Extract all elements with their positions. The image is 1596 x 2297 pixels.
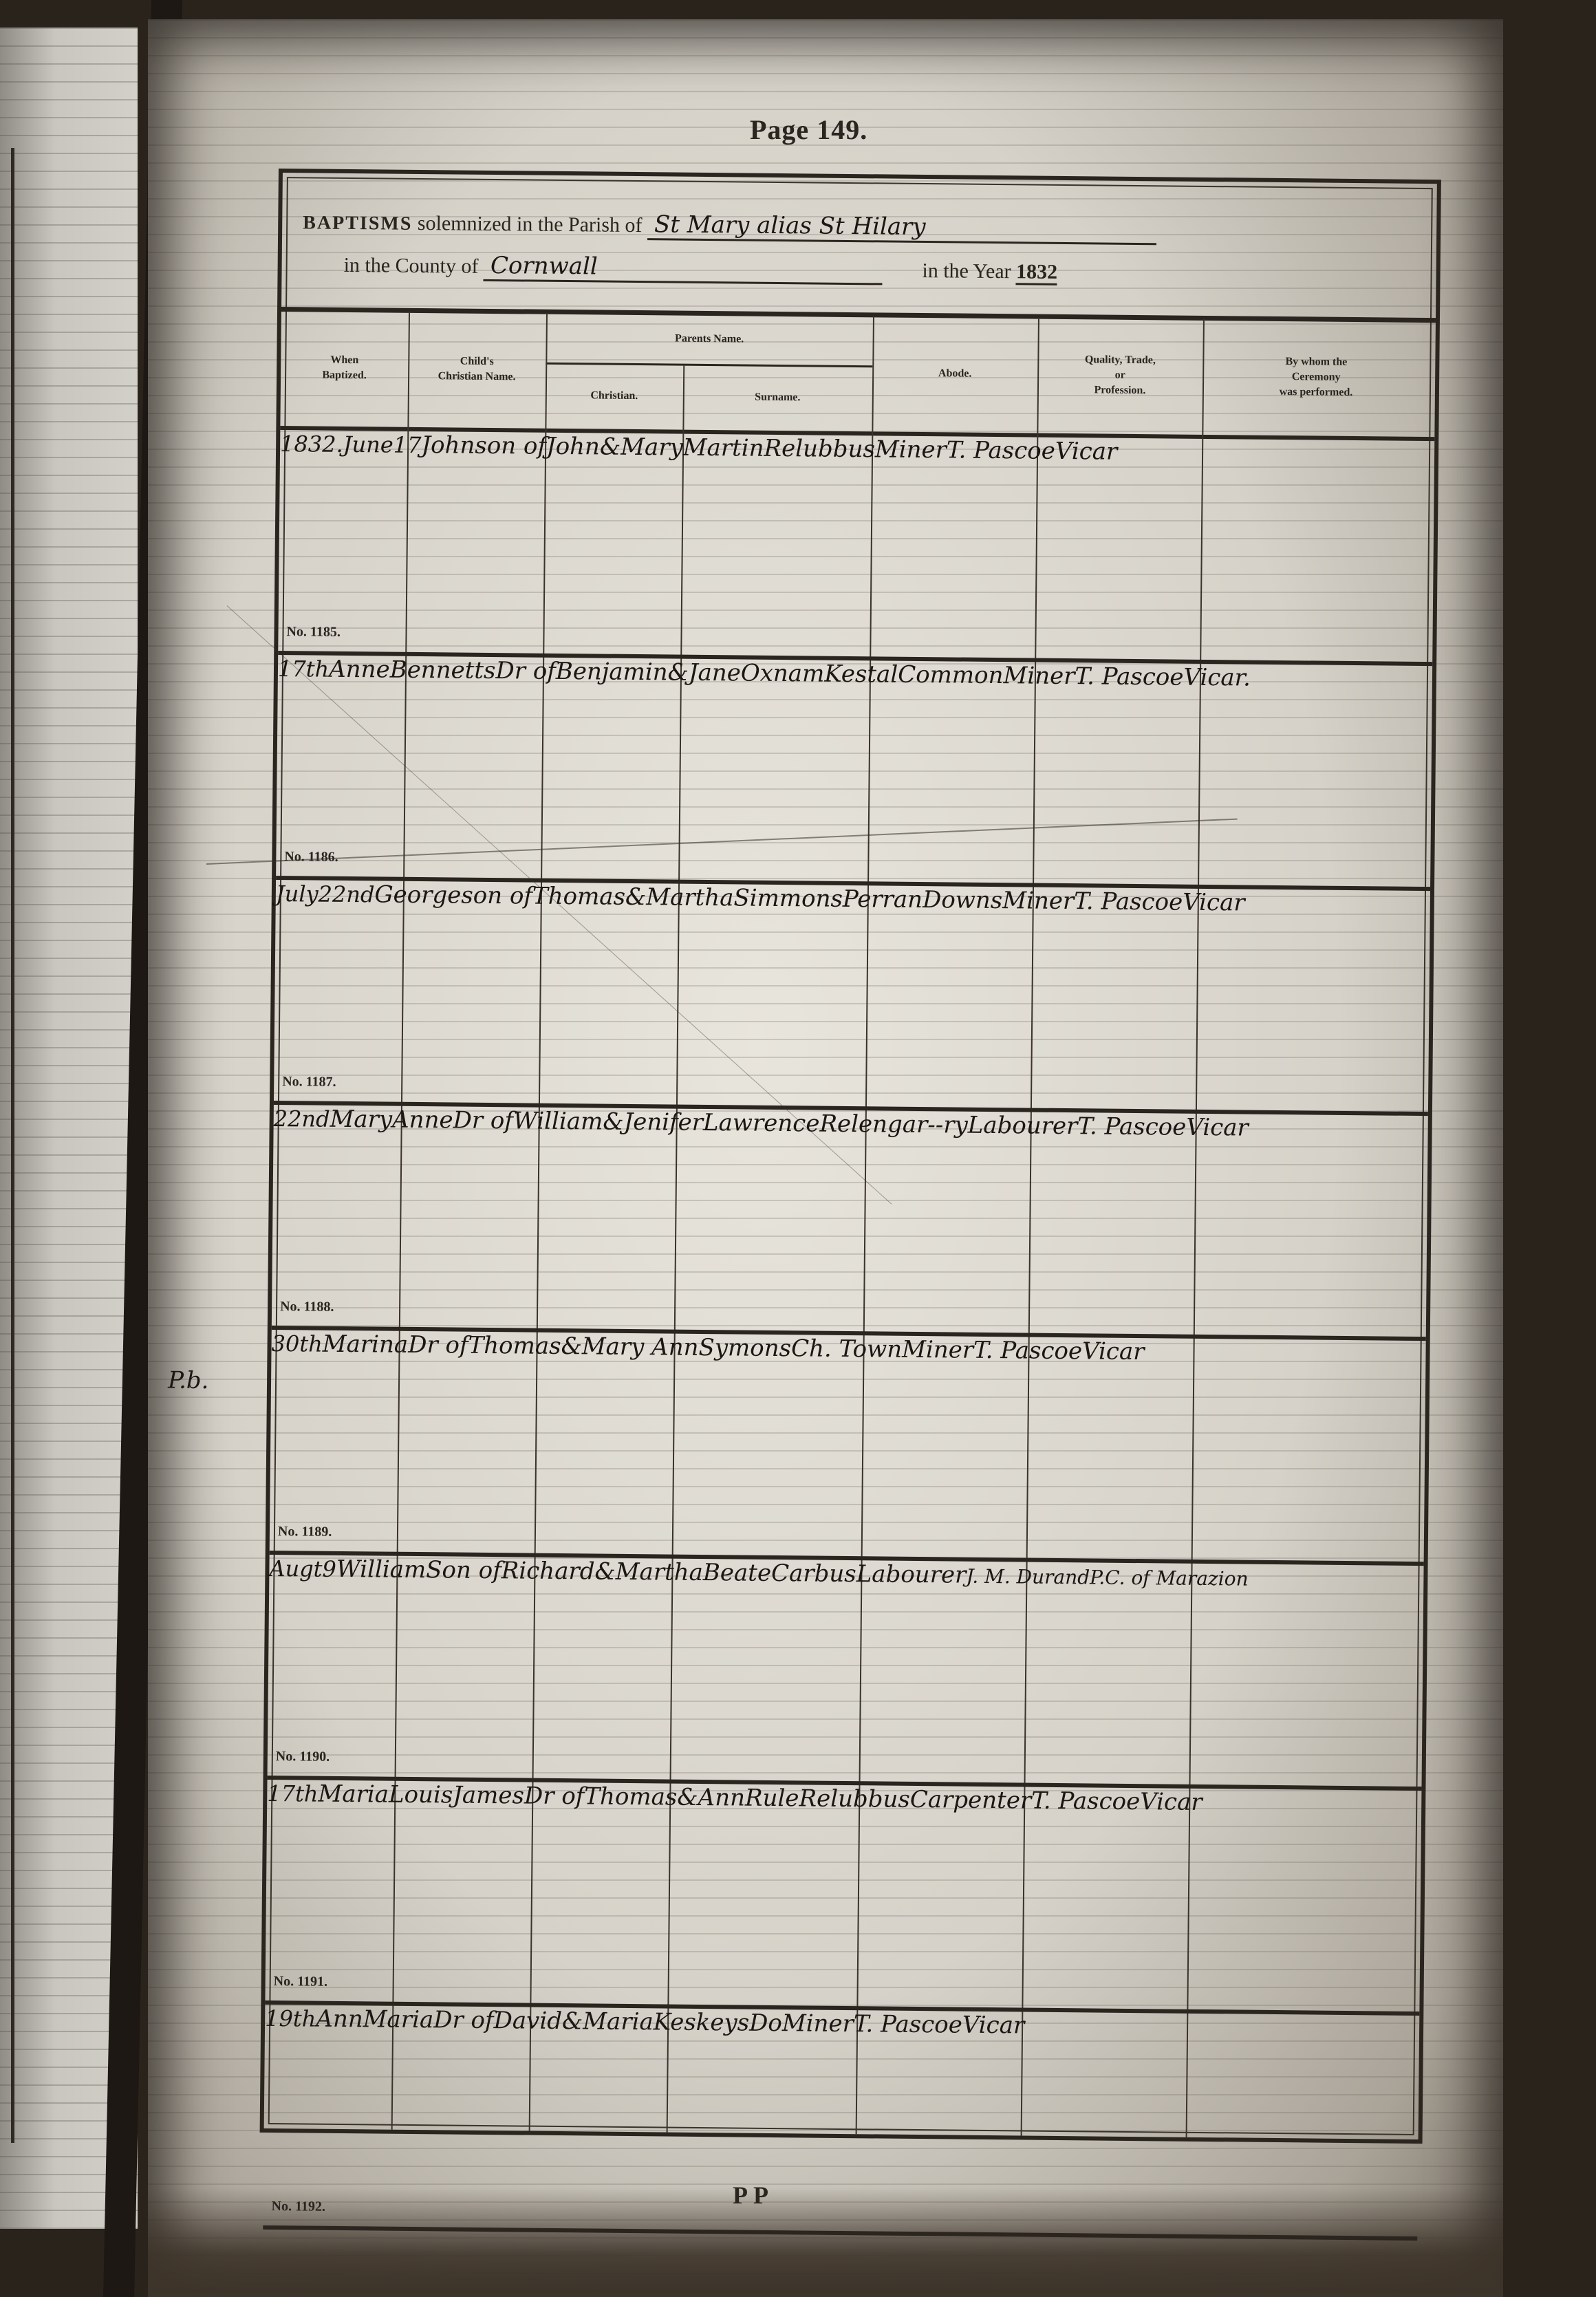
parents-christian-names: Richard: [502, 1557, 595, 1585]
parents-christian-names: Thomas: [468, 1332, 561, 1360]
parents-surname: Oxnam: [741, 659, 825, 687]
parents-christian-names: Thomas: [532, 883, 625, 911]
abode: Kestal: [824, 660, 898, 689]
baptism-date: 22nd: [318, 881, 374, 908]
parents-christian-names: Ann: [698, 1784, 745, 1812]
parents-christian-names: &: [594, 1558, 616, 1586]
parents-christian-names: Jane: [689, 659, 741, 687]
county-field: Cornwall: [484, 252, 883, 285]
parents-christian-names: Martha: [616, 1558, 704, 1586]
header-text: Baptized.: [322, 367, 367, 383]
year-value: 1832: [1016, 260, 1057, 285]
parents-christian-names: &: [562, 2007, 583, 2035]
child-name: son of: [475, 432, 546, 460]
header-by-whom: By whom the Ceremony was performed.: [1202, 319, 1430, 435]
baptism-date: 30th: [271, 1330, 323, 1357]
quality-trade: Labourer: [856, 1560, 967, 1589]
child-name: Bennetts: [389, 656, 495, 684]
parents-christian-names: Mary: [621, 433, 683, 462]
header-text: Parents Name.: [675, 332, 744, 347]
county-value: Cornwall: [490, 252, 598, 280]
baptism-date: 19th: [265, 2005, 316, 2032]
officiant: Vicar: [1140, 1788, 1203, 1816]
officiant: T. Pascoe: [973, 1337, 1082, 1366]
parents-christian-names: Maria: [583, 2007, 654, 2036]
quality-trade: Miner: [875, 435, 947, 464]
officiant: Vicar.: [1183, 664, 1251, 692]
parents-surname: Martin: [683, 434, 764, 462]
baptism-date: 17th: [278, 656, 330, 682]
header-text: Surname.: [755, 390, 800, 406]
quality-trade: Miner: [1002, 887, 1074, 915]
parents-christian-names: Jenifer: [623, 1108, 703, 1136]
parents-christian-names: John: [546, 433, 600, 461]
child-name: William: [336, 1555, 427, 1584]
register-grid: When Baptized. Child's Christian Name. P…: [264, 310, 1436, 2139]
header-text: Christian Name.: [438, 369, 516, 385]
entry-number: No. 1189.: [278, 1524, 332, 1540]
title-year-label: in the Year: [922, 259, 1011, 283]
baptism-date: July: [276, 881, 319, 907]
title-solemnized: solemnized in the Parish of: [418, 212, 643, 237]
parents-christian-names: &: [625, 883, 647, 911]
parents-surname: Beate: [703, 1559, 772, 1587]
parents-christian-names: &: [677, 1784, 698, 1811]
parents-christian-names: &: [667, 658, 689, 686]
officiant: Vicar: [1082, 1337, 1145, 1366]
parents-christian-names: Martha: [646, 883, 734, 912]
header-abode: Abode.: [872, 316, 1038, 431]
child-name: Louis: [389, 1781, 453, 1809]
entry-number: No. 1192.: [271, 2199, 325, 2215]
child-name: Dr of: [524, 1782, 585, 1811]
officiant: T. Pascoe: [1074, 887, 1183, 916]
parents-christian-names: Mary Ann: [582, 1333, 699, 1361]
quality-trade: Miner: [782, 2009, 854, 2038]
baptism-date: 17: [393, 432, 422, 458]
abode: Do: [749, 2009, 782, 2037]
header-text: Abode.: [938, 366, 972, 381]
header-text: Profession.: [1094, 382, 1145, 398]
header-parents-name: Parents Name.: [546, 313, 873, 366]
abode: -ry: [936, 1111, 968, 1139]
parish-value: St Mary alias St Hilary: [654, 211, 926, 241]
entry-number: No. 1188.: [280, 1299, 334, 1315]
abode: Ch. Town: [791, 1335, 902, 1363]
table-row: July22ndGeorgeson ofThomas&MarthaSimmons…: [274, 880, 1430, 1116]
abode: Perran: [843, 885, 923, 914]
child-name: Maria: [363, 2005, 434, 2034]
header-quality: Quality, Trade, or Profession.: [1037, 318, 1203, 433]
child-name: Maria: [318, 1780, 389, 1809]
catchword-signature: PP: [733, 2181, 774, 2210]
child-name: Dr of: [433, 2006, 494, 2034]
child-name: John: [421, 431, 475, 460]
abode: Relengar-: [819, 1110, 936, 1139]
child-name: James: [453, 1782, 524, 1810]
parents-christian-names: &: [561, 1333, 582, 1360]
header-text: Quality, Trade,: [1085, 352, 1156, 368]
header-text: Ceremony: [1292, 369, 1341, 385]
abode: Downs: [923, 886, 1003, 914]
child-name: son of: [461, 882, 532, 910]
child-name: Dr of: [495, 657, 556, 685]
header-parents-surname: Surname.: [682, 366, 872, 430]
previous-page-frame: [0, 148, 14, 2143]
officiant: T. Pascoe: [1031, 1787, 1140, 1816]
child-name: Anne: [329, 656, 390, 684]
child-name: Ann: [316, 2005, 363, 2034]
baptism-date: 9: [322, 1556, 336, 1582]
parents-surname: Symons: [698, 1334, 791, 1362]
table-row: Augt9WilliamSon ofRichard&MarthaBeateCar…: [268, 1555, 1424, 1791]
parents-surname: Simmons: [733, 884, 843, 913]
header-text: When: [330, 352, 358, 367]
child-name: Dr of: [453, 1106, 513, 1134]
child-name: Dr of: [408, 1331, 468, 1359]
parents-christian-names: Thomas: [584, 1782, 677, 1811]
table-row: 30thMarinaDr ofThomas&Mary AnnSymonsCh. …: [270, 1330, 1426, 1566]
parents-christian-names: Benjamin: [556, 658, 668, 687]
baptism-date: Augt: [269, 1555, 322, 1582]
child-name: Mary: [330, 1106, 392, 1134]
baptism-date: 22nd: [274, 1106, 330, 1132]
officiant: T. Pascoe: [947, 436, 1055, 465]
entry-number: No. 1191.: [274, 1974, 328, 1990]
header-text: Child's: [460, 354, 494, 369]
abode: Carbus: [771, 1560, 856, 1588]
parents-christian-names: &: [600, 433, 621, 461]
page-number: Page 149.: [750, 114, 867, 146]
baptism-date: 17th: [267, 1780, 319, 1807]
officiant: Vicar: [962, 2012, 1025, 2040]
officiant: T. Pascoe: [1077, 1112, 1186, 1141]
header-text: was performed.: [1280, 384, 1353, 400]
baptism-register-table: BAPTISMS solemnized in the Parish of St …: [260, 169, 1441, 2144]
child-name: Anne: [392, 1106, 453, 1134]
table-row: 1832.June17Johnson ofJohn&MaryMartinRelu…: [278, 430, 1434, 666]
header-parents-christian: Christian.: [545, 365, 683, 428]
parents-christian-names: David: [493, 2007, 562, 2035]
officiant: T. Pascoe: [1075, 662, 1183, 691]
title-county-label: in the County of: [343, 254, 478, 278]
child-name: George: [374, 881, 461, 909]
quality-trade: Miner: [902, 1336, 973, 1364]
baptism-date: 1832.: [280, 431, 343, 457]
quality-trade: Carpenter: [910, 1786, 1032, 1815]
table-row: 22ndMaryAnneDr ofWilliam&JeniferLawrence…: [272, 1105, 1428, 1341]
parents-surname: Rule: [745, 1784, 799, 1813]
abode: Relubbus: [764, 435, 875, 464]
table-row: 19thAnnMariaDr ofDavid&MariaKeskeysDoMin…: [263, 2005, 1419, 2241]
parents-surname: Keskeys: [654, 2008, 750, 2036]
header-when-baptized: When Baptized.: [280, 310, 409, 425]
quality-trade: Labourer: [968, 1112, 1078, 1141]
header-text: By whom the: [1285, 354, 1347, 370]
header-text: or: [1115, 367, 1125, 382]
title-baptisms: BAPTISMS: [303, 212, 412, 235]
officiant: T. Pascoe: [854, 2010, 962, 2039]
quality-trade: Miner: [1003, 662, 1075, 690]
margin-note: P.b.: [168, 1367, 209, 1395]
header-child-name: Child's Christian Name.: [407, 312, 546, 427]
register-title: BAPTISMS solemnized in the Parish of St …: [302, 207, 1417, 314]
abode: Common: [898, 661, 1004, 689]
child-name: Marina: [323, 1330, 409, 1359]
entry-number: No. 1187.: [282, 1074, 336, 1090]
header-text: Christian.: [590, 388, 638, 404]
officiant: Vicar: [1055, 438, 1118, 466]
parents-christian-names: William: [513, 1107, 603, 1135]
officiant: Vicar: [1186, 1114, 1249, 1142]
entry-number: No. 1185.: [286, 624, 341, 640]
entry-number: No. 1190.: [276, 1749, 330, 1765]
abode: Relubbus: [799, 1784, 910, 1813]
baptism-date: June: [343, 431, 393, 458]
child-name: Son of: [426, 1556, 502, 1584]
table-row: 17thAnneBennettsDr ofBenjamin&JaneOxnamK…: [276, 655, 1432, 891]
officiant: Vicar: [1183, 889, 1245, 917]
title-line-2: in the County of Cornwall in the Year 18…: [343, 250, 1057, 287]
table-row: 17thMariaLouisJamesDr ofThomas&AnnRuleRe…: [265, 1780, 1421, 2016]
entry-number: No. 1186.: [284, 849, 338, 865]
officiant: P.C. of Marazion: [1090, 1566, 1249, 1590]
parish-field: St Mary alias St Hilary: [647, 211, 1156, 245]
parents-christian-names: &: [603, 1108, 624, 1136]
officiant: J. M. Durand: [966, 1565, 1090, 1589]
